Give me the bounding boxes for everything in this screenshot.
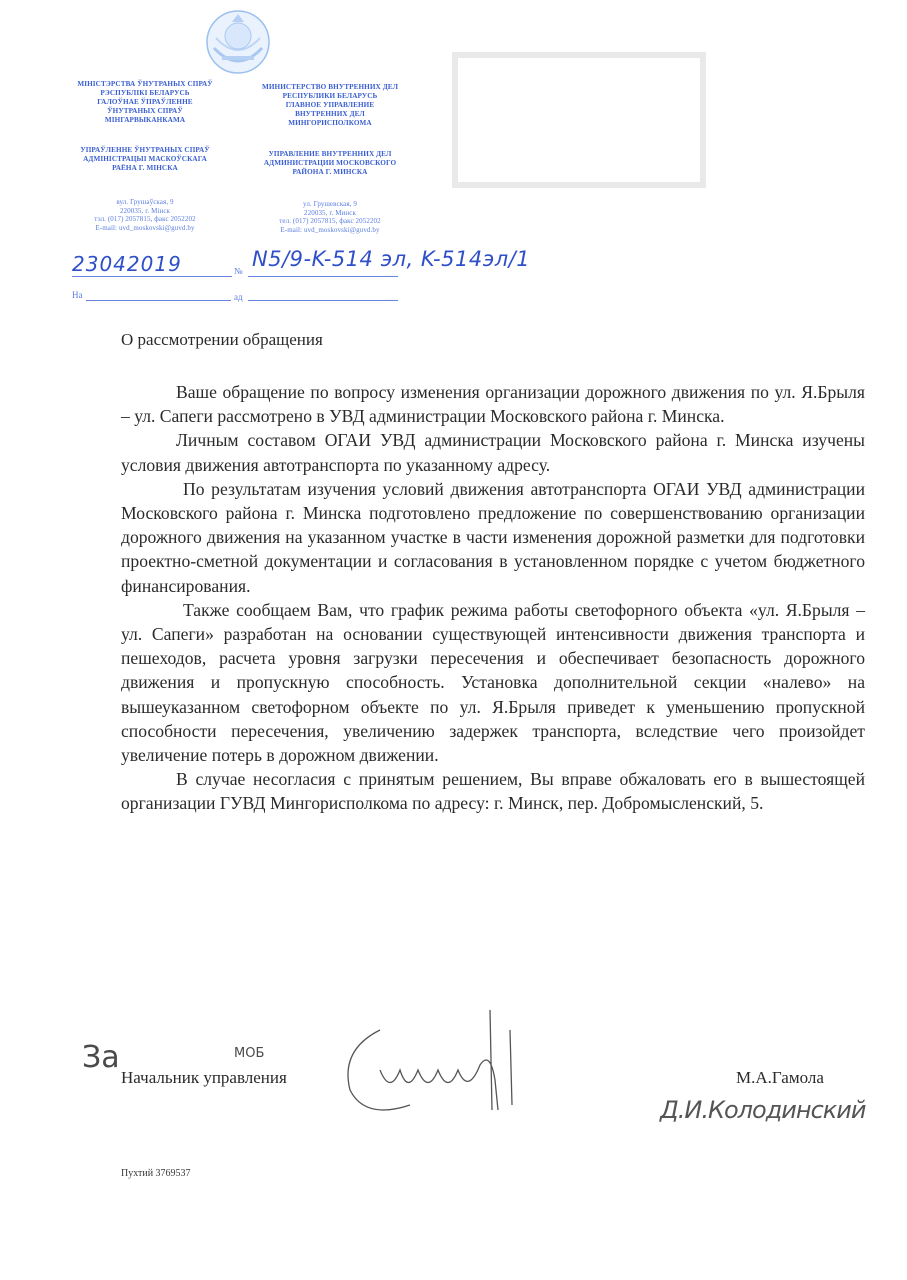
address-line: тел. (017) 2057815, факс 2052202 [245,217,415,226]
letterhead-address-by: вул. Грушаўская, 9 220035, г. Мінск тэл.… [60,198,230,232]
handwritten-note: МОБ [234,1046,264,1061]
letterhead-line: ГАЛОЎНАЕ ЎПРАЎЛЕННЕ [60,98,230,107]
address-line: 220035, г. Минск [245,209,415,218]
number-underline [248,276,398,277]
address-line: ул. Грушевская, 9 [245,200,415,209]
letterhead-ministry-ru: МИНИСТЕРСТВО ВНУТРЕННИХ ДЕЛ РЕСПУБЛИКИ Б… [245,83,415,128]
from-label: ад [234,292,243,302]
letter-body: Ваше обращение по вопросу изменения орга… [121,380,865,816]
address-line: вул. Грушаўская, 9 [60,198,230,207]
letterhead-department-by: УПРАЎЛЕННЕ ЎНУТРАНЫХ СПРАЎ АДМІНІСТРАЦЫІ… [60,146,230,173]
signatory-name: М.А.Гамола [736,1068,824,1088]
body-paragraph: В случае несогласия с принятым решением,… [121,767,865,815]
letterhead-ministry-by: МІНІСТЭРСТВА ЎНУТРАНЫХ СПРАЎ РЭСПУБЛІКІ … [60,80,230,125]
date-underline [72,276,232,277]
body-paragraph: Ваше обращение по вопросу изменения орга… [121,380,865,428]
body-paragraph: Личным составом ОГАИ УВД администрации М… [121,428,865,476]
letterhead-line: АДМИНИСТРАЦИИ МОСКОВСКОГО [245,159,415,168]
number-label: № [234,266,243,276]
letterhead-line: ЎНУТРАНЫХ СПРАЎ [60,107,230,116]
address-line: тэл. (017) 2057815, факс 2052202 [60,215,230,224]
on-underline [86,300,231,301]
letterhead-line: РАЙОНА Г. МИНСКА [245,168,415,177]
body-paragraph: По результатам изучения условий движения… [121,477,865,598]
redacted-recipient-box [452,52,706,188]
address-line: 220035, г. Мінск [60,207,230,216]
handwritten-reference-number: N5/9-K-514 эл, K-514эл/1 [252,247,530,271]
address-line: E-mail: uvd_moskovski@guvd.by [60,224,230,233]
address-line: E-mail: uvd_moskovski@guvd.by [245,226,415,235]
letterhead-line: АДМІНІСТРАЦЫІ МАСКОЎСКАГА [60,155,230,164]
letterhead-line: МИНГОРИСПОЛКОМА [245,119,415,128]
executor-info: Пухтий 3769537 [121,1168,191,1179]
letterhead-line: РАЁНА Г. МІНСКА [60,164,230,173]
letterhead-line: РЕСПУБЛИКИ БЕЛАРУСЬ [245,92,415,101]
letter-subject: О рассмотрении обращения [121,330,323,350]
letterhead-line: РЭСПУБЛІКІ БЕЛАРУСЬ [60,89,230,98]
from-underline [248,300,398,301]
handwritten-date: 23042019 [72,252,182,276]
letterhead-line: УПРАЎЛЕННЕ ЎНУТРАНЫХ СПРАЎ [60,146,230,155]
letterhead-department-ru: УПРАВЛЕНИЕ ВНУТРЕННИХ ДЕЛ АДМИНИСТРАЦИИ … [245,150,415,177]
body-paragraph: Также сообщаем Вам, что график режима ра… [121,598,865,767]
handwritten-signer-name: Д.И.Колодинский [660,1096,865,1124]
letterhead-line: МІНІСТЭРСТВА ЎНУТРАНЫХ СПРАЎ [60,80,230,89]
letterhead-line: ГЛАВНОЕ УПРАВЛЕНИЕ [245,101,415,110]
letterhead-address-ru: ул. Грушевская, 9 220035, г. Минск тел. … [245,200,415,234]
on-label: На [72,290,83,300]
handwritten-prefix: За [82,1040,120,1075]
letterhead-line: УПРАВЛЕНИЕ ВНУТРЕННИХ ДЕЛ [245,150,415,159]
letterhead-line: ВНУТРЕННИХ ДЕЛ [245,110,415,119]
state-emblem-icon [204,8,272,76]
signatory-title: Начальник управления [121,1068,287,1088]
signature-scribble-icon [340,1010,530,1120]
letterhead-line: МІНГАРВЫКАНКАМА [60,116,230,125]
letterhead-line: МИНИСТЕРСТВО ВНУТРЕННИХ ДЕЛ [245,83,415,92]
